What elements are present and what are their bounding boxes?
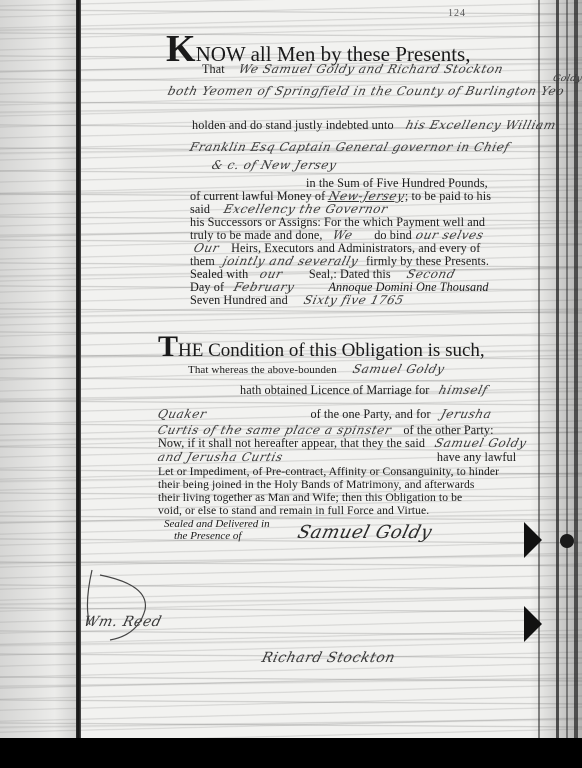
condition-line-10: void, or else to stand and remain in ful… bbox=[158, 501, 429, 519]
bond-line-15: Seven Hundred and Sixty five 1765 bbox=[190, 291, 404, 309]
bond-line-4: Franklin Esq Captain General governor in… bbox=[190, 138, 510, 156]
signature-principal: Samuel Goldy bbox=[295, 522, 434, 543]
condition-heading: THE Condition of this Obligation is such… bbox=[158, 332, 485, 362]
seal-tab-mark bbox=[524, 606, 542, 642]
bond-line-2: both Yeomen of Springfield in the County… bbox=[168, 82, 564, 100]
witness-flourish bbox=[80, 565, 160, 645]
title-initial: K bbox=[166, 28, 196, 70]
condition-initial: T bbox=[158, 330, 178, 363]
document-page: 124 Goldy KNOW all Men by these Presents… bbox=[0, 0, 582, 738]
groom-field: Samuel Goldy bbox=[351, 362, 446, 376]
bond-line-1: That We Samuel Goldy and Richard Stockto… bbox=[202, 60, 503, 78]
condition-line-2: hath obtained Licence of Marriage for hi… bbox=[240, 381, 488, 399]
residence-field: both Yeomen of Springfield in the County… bbox=[166, 84, 566, 98]
obligee-field: his Excellency William bbox=[404, 118, 557, 132]
condition-line-1: That whereas the above-bounden Samuel Go… bbox=[188, 360, 444, 378]
scan-border bbox=[0, 738, 582, 768]
binding-line bbox=[574, 0, 578, 738]
binding-line bbox=[556, 0, 559, 738]
left-margin-shade bbox=[0, 0, 78, 738]
attestation-line-1: Sealed and Delivered in bbox=[164, 518, 270, 530]
bride-field: Jerusha bbox=[439, 407, 493, 421]
seal-tab-mark bbox=[524, 522, 542, 558]
page-number: 124 bbox=[448, 8, 466, 19]
signature-surety: Richard Stockton bbox=[260, 650, 397, 666]
year-field: Sixty five 1765 bbox=[302, 293, 405, 307]
obligors-field: We Samuel Goldy and Richard Stockton bbox=[237, 62, 505, 76]
bond-line-3: holden and do stand justly indebted unto… bbox=[192, 116, 556, 134]
bond-line-5: & c. of New Jersey bbox=[212, 156, 337, 174]
attestation-line-2: the Presence of bbox=[174, 530, 241, 542]
binding-line bbox=[566, 0, 568, 738]
seal-blot bbox=[560, 534, 574, 548]
